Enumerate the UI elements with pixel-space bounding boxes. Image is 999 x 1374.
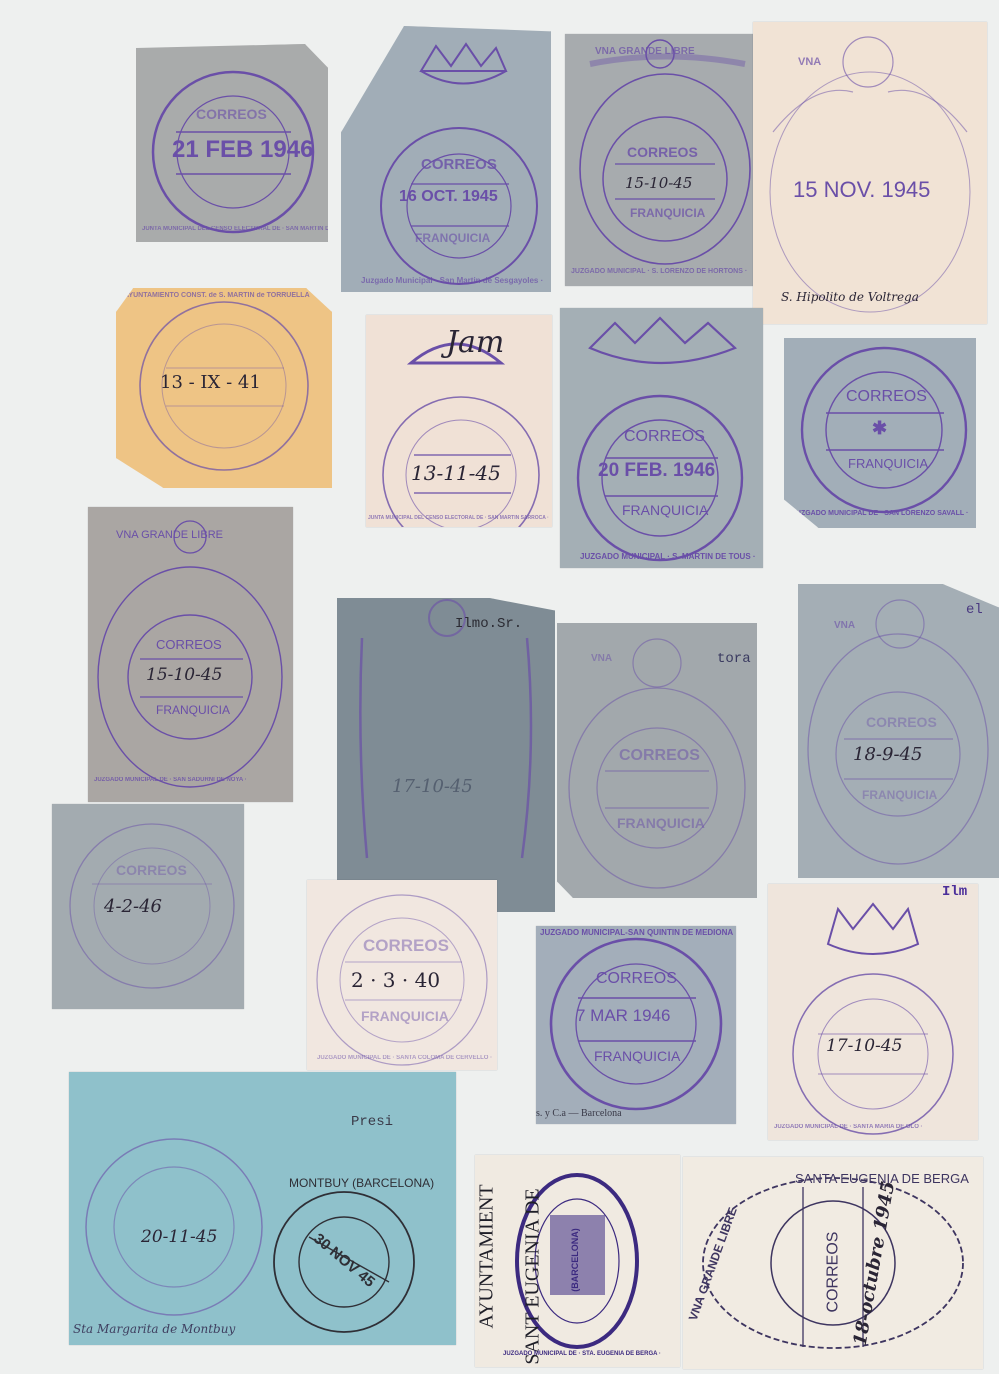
stamp-center-top: CORREOS [421,156,497,173]
stamp-center-bottom: FRANQUICIA [594,1048,680,1064]
postmark-ring-text: MONTBUY (BARCELONA) [289,1176,434,1190]
postmark-piece-tous: CORREOS 20 FEB. 1946 FRANQUICIA JUZGADO … [560,308,763,568]
stamp-center-top: CORREOS [116,862,187,878]
printed-text: s. y C.a — Barcelona [536,1108,622,1119]
letterhead-line: AYUNTAMIENT [476,1184,499,1328]
letterhead-line: SANT EUGENIA DE [522,1188,545,1364]
postmark-piece-sta-eugenia-eagle: VNA GRANDE LIBRE SANTA EUGENIA DE BERGA … [683,1157,983,1369]
stamp-center-top: CORREOS [619,747,700,765]
stamp-ring-text: AYUNTAMIENTO CONST. de S. MARTIN de TORR… [124,292,310,299]
stamp-ornament: ✱ [872,418,887,439]
typed-text: el [966,602,983,618]
stamp-ring-text: JUNTA MUNICIPAL DEL CENSO ELECTORAL DE ·… [368,515,549,521]
stamp-center-bottom: FRANQUICIA [630,206,705,220]
stamp-ring-text: JUNTA MUNICIPAL DEL CENSO ELECTORAL DE ·… [142,226,328,232]
postmark-piece-cervello: CORREOS 2 · 3 · 40 FRANQUICIA JUZGADO MU… [307,880,497,1070]
stamp-date: 15 NOV. 1945 [793,177,930,203]
stamp-center-bottom: FRANQUICIA [862,788,937,802]
stamp-ribbon: VNA [591,653,612,664]
typed-text: Ilm [942,884,967,900]
stamp-center-bottom: FRANQUICIA [617,815,705,831]
stamp-center-top: CORREOS [846,388,927,406]
postmark-piece-hortons: VNA GRANDE LIBRE CORREOS 15-10-45 FRANQU… [565,34,768,286]
stamp-center-bottom: FRANQUICIA [848,456,928,471]
handwritten-date: 17-10-45 [392,776,473,797]
stamp-center-top: CORREOS [824,1232,842,1313]
handwritten-note: S. Hipolito de Voltrega [781,290,919,304]
stamp-ring-text: JUZGADO MUNICIPAL · S. LORENZO DE HORTON… [571,268,747,275]
stamp-center-bottom: FRANQUICIA [156,703,230,717]
postmark-piece-noya: VNA GRANDE LIBRE CORREOS 15-10-45 FRANQU… [88,507,293,802]
stamp-oval-text: JUZGADO MUNICIPAL DE · STA. EUGENIA DE B… [503,1351,661,1357]
postmark-piece-osormort: el VNA CORREOS 18-9-45 FRANQUICIA [798,584,999,878]
typed-text: Presi [351,1114,393,1130]
stamp-ribbon: VNA GRANDE LIBRE [116,529,223,541]
handwritten-date: 13-11-45 [411,461,501,485]
stamp-oval-center: (BARCELONA) [570,1228,580,1292]
typed-text: Ilmo.Sr. [455,616,522,632]
postmark-piece-torello: CORREOS 4-2-46 [52,804,244,1009]
handwritten-date: 17-10-45 [826,1036,902,1056]
stamp-center-bottom: FRANQUICIA [361,1008,449,1024]
stamp-ring-text: JUZGADO MUNICIPAL DE · SANTA COLOMA DE C… [317,1055,492,1061]
stamp-ribbon: VNA [798,56,821,68]
stamp-date: 20 FEB. 1946 [598,460,715,482]
postmark-piece-montbuy: Presi 20-11-45 MONTBUY (BARCELONA) 30 NO… [69,1072,456,1345]
stamp-ribbon: VNA [834,620,855,631]
stamp-center-top: CORREOS [156,637,222,652]
stamp-ribbon: VNA GRANDE LIBRE [595,46,695,57]
postmark-piece-savall: CORREOS ✱ FRANQUICIA JUZGADO MUNICIPAL D… [784,338,976,528]
stamp-center-top: CORREOS [363,936,449,956]
handwritten-date: 18-9-45 [853,744,922,765]
stamp-center-top: CORREOS [596,970,677,988]
stamp-center-top: CORREOS [196,106,267,122]
handwritten-date: 15-10-45 [146,665,222,685]
stamp-center-bottom: FRANQUICIA [415,231,490,245]
handwritten-date: 4-2-46 [104,896,162,917]
stamp-center-top: CORREOS [627,144,698,160]
handwritten-date: 2 · 3 · 40 [351,968,440,992]
stamp-center-top: CORREOS [624,428,705,446]
stamp-ring-text: Juzgado Municipal · San Martin de Sesgay… [361,276,543,285]
postmark-piece-sta-eugenia-oval: AYUNTAMIENT SANT EUGENIA DE JUZGADO MUNI… [475,1155,680,1367]
stamp-ring-text: JUZGADO MUNICIPAL DE · SAN SADURNI DE NO… [94,777,247,783]
postmark-piece-voltrega: VNA 15 NOV. 1945 S. Hipolito de Voltrega [753,22,987,324]
stamp-date: 7 MAR 1946 [576,1006,671,1026]
handwritten-date: 15-10-45 [625,174,692,192]
stamp-ring-text: JUZGADO MUNICIPAL DE · SAN LORENZO SAVAL… [792,510,968,517]
stamp-center-top: CORREOS [866,714,937,730]
typed-text: tora [717,651,751,667]
handwritten-date: 20-11-45 [141,1227,217,1247]
postmark-piece-olo: Ilm 17-10-45 JUZGADO MUNICIPAL DE · SANT… [768,884,978,1140]
postmark-piece-ilmo: Ilmo.Sr. 17-10-45 [337,598,555,912]
handwritten-note: Sta Margarita de Montbuy [73,1322,235,1336]
signature: Jam [446,325,504,360]
postmark-piece-sarroca: Jam 13-11-45 JUNTA MUNICIPAL DEL CENSO E… [366,315,552,527]
postmark-piece-mediona: CORREOS 7 MAR 1946 FRANQUICIA s. y C.a —… [536,926,736,1124]
handwritten-date: 13 - IX - 41 [160,372,261,393]
stamp-ring-text: JUZGADO MUNICIPAL DE · SANTA MARIA DE OL… [774,1124,923,1130]
postmark-piece-sesgayoles: CORREOS 16 OCT. 1945 FRANQUICIA Juzgado … [341,26,551,292]
stamp-date: 21 FEB 1946 [172,136,313,164]
postmark-piece-riudeperas: 21 FEB 1946 CORREOS JUNTA MUNICIPAL DEL … [136,44,328,242]
stamp-date: 16 OCT. 1945 [399,188,498,206]
stamp-ring-text: JUZGADO MUNICIPAL-SAN QUINTIN DE MEDIONA [540,928,733,937]
postmark-piece-torruella: 13 - IX - 41 AYUNTAMIENTO CONST. de S. M… [116,288,332,488]
stamp-center-bottom: FRANQUICIA [622,502,708,518]
stamp-ring-text: JUZGADO MUNICIPAL · S. MARTIN DE TOUS · [580,552,756,561]
postmark-piece-faded: tora VNA CORREOS FRANQUICIA [557,623,757,898]
